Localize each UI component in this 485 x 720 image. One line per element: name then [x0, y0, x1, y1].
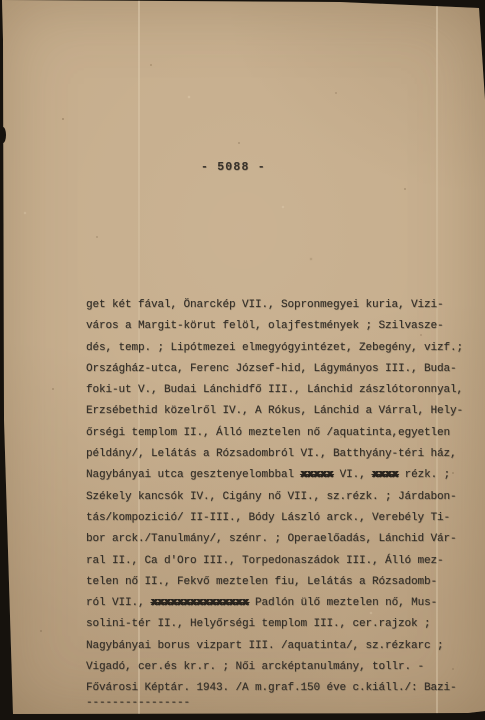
scan-edge-notch	[0, 127, 6, 143]
text-line: ról VII., xxxxxxxxxxxxxxx Padlón ülő mez…	[86, 593, 476, 614]
text-line: telen nő II., Fekvő meztelen fiu, Lelátá…	[86, 572, 476, 593]
text-line: Nagybányai utca gesztenyelombbal xxxxx V…	[86, 465, 476, 486]
text-segment: Nagybányai borus vizpart III. /aquatinta…	[86, 640, 444, 652]
text-line: őrségi templom II., Álló meztelen nő /aq…	[86, 423, 476, 444]
text-segment: város a Margit-körut felöl, olajfestmény…	[86, 320, 444, 332]
paper-texture-speckles	[0, 0, 2, 2]
text-line: ral II., Ca d'Oro III., Torpedonaszádok …	[86, 551, 476, 572]
typewritten-text-block: get két fával, Önarckép VII., Sopronmegy…	[86, 295, 476, 714]
text-segment: ----------------	[86, 697, 190, 709]
text-segment: telen nő II., Fekvő meztelen fiu, Lelátá…	[86, 576, 437, 588]
text-segment: rézk. ;	[398, 469, 450, 481]
text-line: Országház-utca, Ferenc József-hid, Lágym…	[86, 359, 476, 380]
text-line: Erzsébethid közelről IV., A Rókus, Lánch…	[86, 401, 476, 422]
struck-text: xxxxxxxxxxxxxxx	[151, 597, 249, 609]
text-line: bor arck./Tanulmány/, szénr. ; Operaelőa…	[86, 529, 476, 550]
text-segment: Padlón ülő meztelen nő, Mus-	[249, 597, 438, 609]
text-line: solini-tér II., Helyőrségi templom III.,…	[86, 614, 476, 635]
text-segment: VI.,	[333, 469, 372, 481]
text-line: Székely kancsók IV., Cigány nő VII., sz.…	[86, 487, 476, 508]
document-page: - 5088 - get két fával, Önarckép VII., S…	[0, 0, 485, 720]
text-line: dés, temp. ; Lipótmezei elmegyógyintézet…	[86, 338, 476, 359]
text-segment: bor arck./Tanulmány/, szénr. ; Operaelőa…	[86, 533, 457, 545]
text-line: város a Margit-körut felöl, olajfestmény…	[86, 316, 476, 337]
scan-background: - 5088 - get két fával, Önarckép VII., S…	[0, 0, 485, 720]
text-line: tás/kompozició/ II-III., Bódy László arc…	[86, 508, 476, 529]
text-line: get két fával, Önarckép VII., Sopronmegy…	[86, 295, 476, 316]
page-number: - 5088 -	[201, 161, 266, 174]
text-segment: tás/kompozició/ II-III., Bódy László arc…	[86, 512, 450, 524]
text-segment: Országház-utca, Ferenc József-hid, Lágym…	[86, 363, 457, 375]
text-segment: Székely kancsók IV., Cigány nő VII., sz.…	[86, 491, 457, 503]
text-segment: ról VII.,	[86, 597, 151, 609]
text-segment: Vigadó, cer.és kr.r. ; Női arcképtanulmá…	[86, 661, 424, 673]
text-line: példány/, Lelátás a Rózsadombról VI., Ba…	[86, 444, 476, 465]
text-segment: példány/, Lelátás a Rózsadombról VI., Ba…	[86, 448, 457, 460]
text-segment: solini-tér II., Helyőrségi templom III.,…	[86, 618, 431, 630]
text-line: foki-ut V., Budai Lánchidfő III., Lánchi…	[86, 380, 476, 401]
struck-text: xxxx	[372, 469, 398, 481]
text-segment: őrségi templom II., Álló meztelen nő /aq…	[86, 427, 450, 439]
text-segment: Erzsébethid közelről IV., A Rókus, Lánch…	[86, 405, 463, 417]
text-segment: dés, temp. ; Lipótmezei elmegyógyintézet…	[86, 342, 463, 354]
text-line: Vigadó, cer.és kr.r. ; Női arcképtanulmá…	[86, 657, 476, 678]
text-line: Nagybányai borus vizpart III. /aquatinta…	[86, 636, 476, 657]
text-segment: foki-ut V., Budai Lánchidfő III., Lánchi…	[86, 384, 463, 396]
struck-text: xxxxx	[301, 469, 334, 481]
text-segment: Nagybányai utca gesztenyelombbal	[86, 469, 301, 481]
text-segment: ral II., Ca d'Oro III., Torpedonaszádok …	[86, 555, 444, 567]
text-segment: get két fával, Önarckép VII., Sopronmegy…	[86, 299, 444, 311]
